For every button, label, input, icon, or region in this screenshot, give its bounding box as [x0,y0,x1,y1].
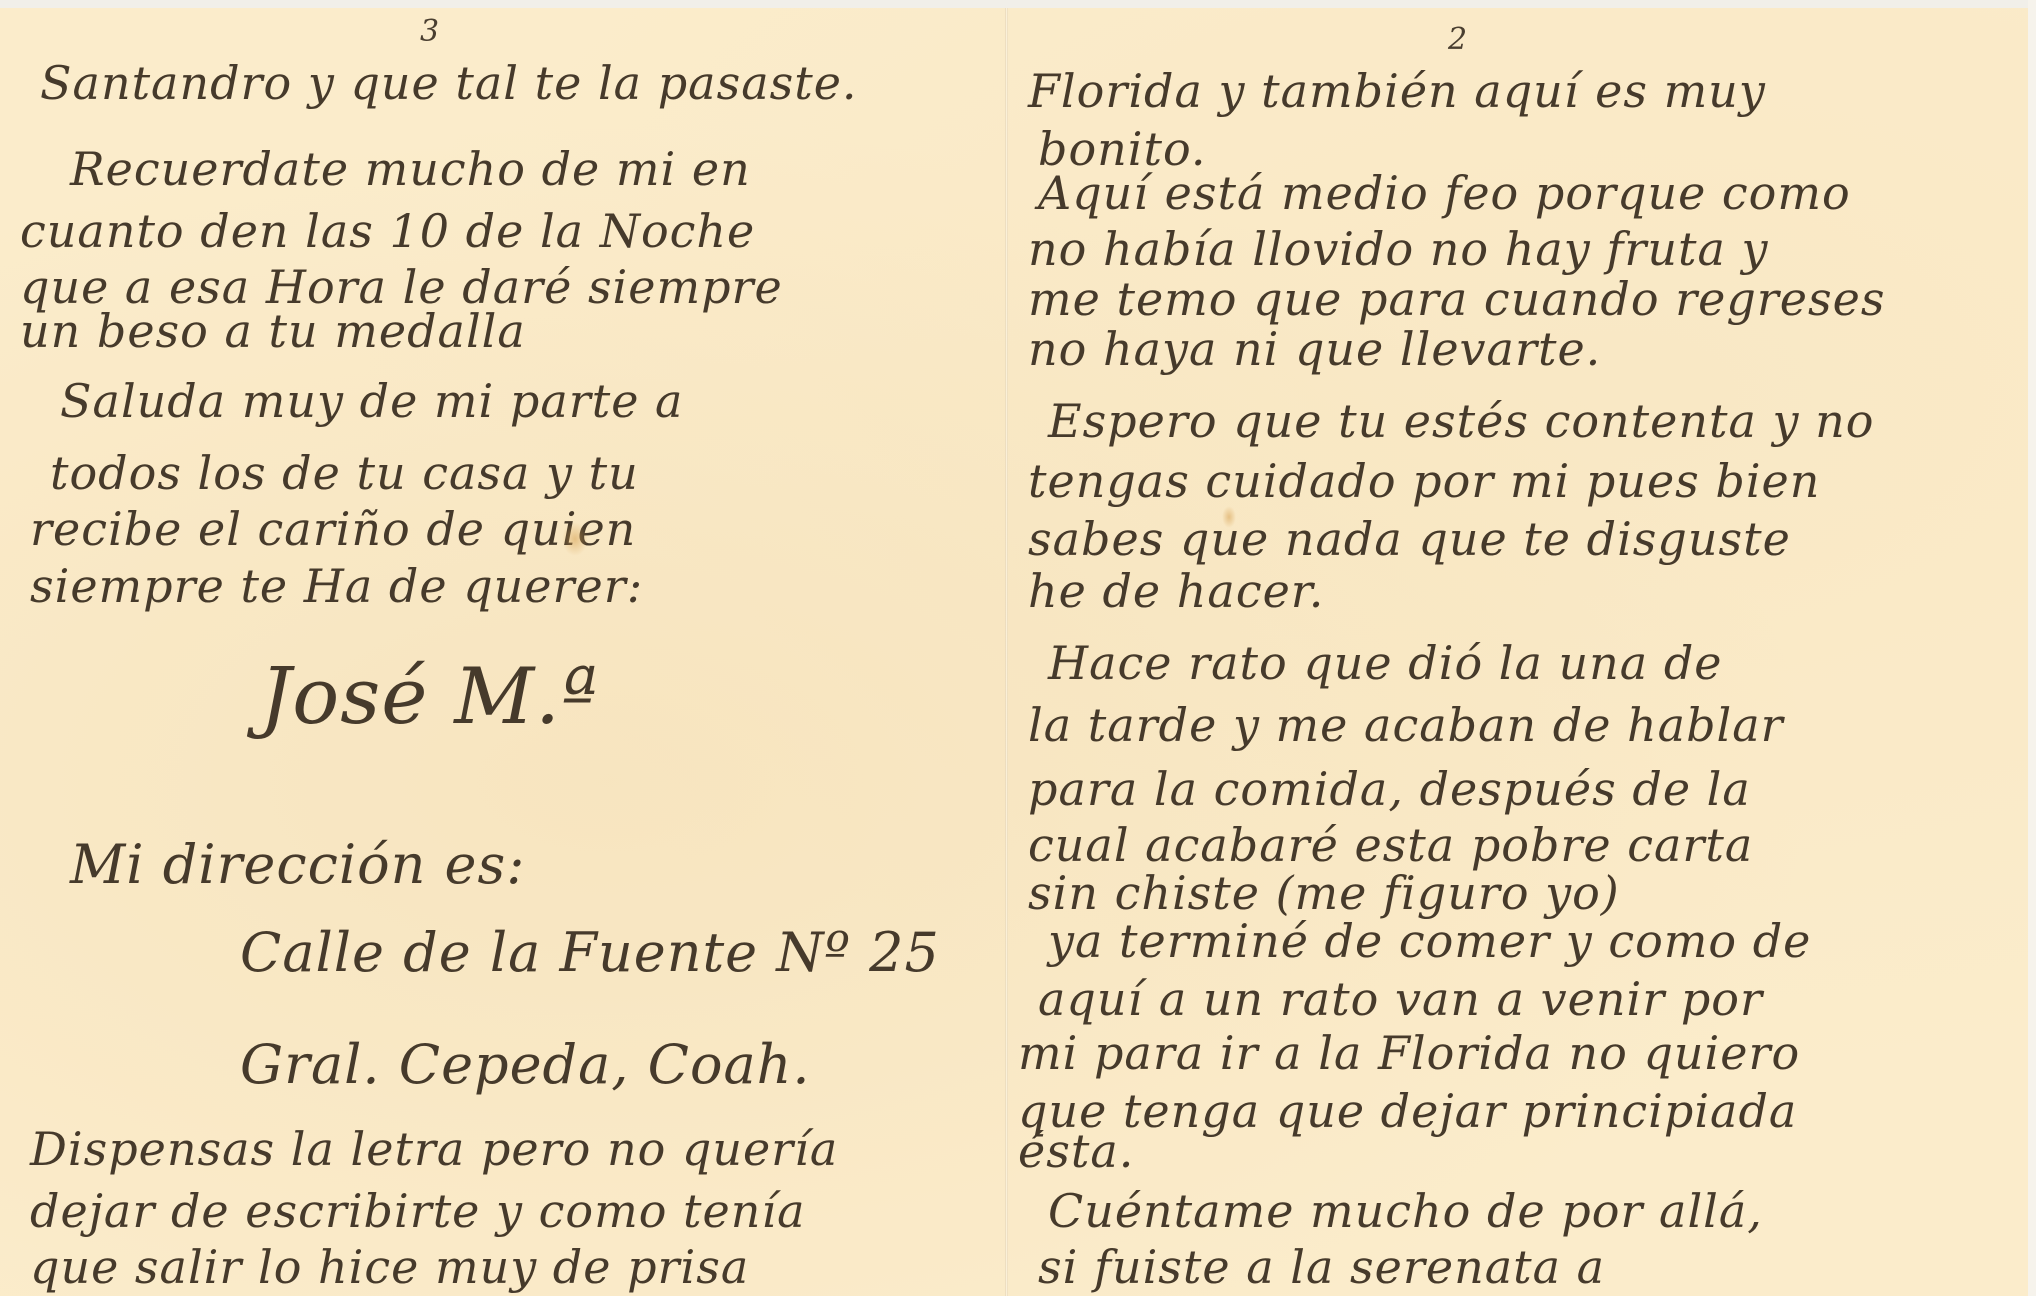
address-intro: Mi dirección es: [70,838,525,892]
text-line: dejar de escribirte y como tenía [30,1188,806,1234]
ink-stain [562,522,588,556]
text-line: sabes que nada que te disguste [1028,516,1791,562]
text-line: mi para ir a la Florida no quiero [1018,1030,1800,1076]
text-line: ya terminé de comer y como de [1048,918,1811,964]
text-line: sin chiste (me figuro yo) [1028,870,1620,916]
text-line: un beso a tu medalla [20,308,526,354]
text-line: Espero que tu estés contenta y no [1048,398,1874,444]
text-line: siempre te Ha de querer: [30,563,643,609]
page-number: 3 [420,14,439,49]
text-line: Florida y también aquí es muy [1028,68,1766,114]
text-line: no haya ni que llevarte. [1028,326,1601,372]
text-line: Cuéntame mucho de por allá, [1048,1188,1763,1234]
text-line: me temo que para cuando regreses [1028,276,1885,322]
scan-top-border [0,0,2036,8]
address-line: Calle de la Fuente Nº 25 [240,926,940,980]
text-line: Saluda muy de mi parte a [60,378,683,424]
scan-right-border [2028,0,2036,1296]
left-page: 3 Santandro y que tal te la pasaste. Rec… [0,8,1005,1296]
text-line: Dispensas la letra pero no quería [30,1126,838,1172]
text-line: Aquí está medio feo porque como [1038,170,1851,216]
text-line: ésta. [1018,1128,1134,1174]
text-line: todos los de tu casa y tu [50,450,639,496]
text-line: recibe el cariño de quien [30,506,636,552]
text-line: cual acabaré esta pobre carta [1028,822,1753,868]
text-line: cuanto den las 10 de la Noche [20,208,755,254]
text-line: si fuiste a la serenata a [1038,1244,1605,1290]
right-page: 2 Florida y también aquí es muy bonito. … [1008,8,2028,1296]
address-line: Gral. Cepeda, Coah. [240,1038,811,1092]
signature: José M.ª [260,658,599,736]
text-line: para la comida, después de la [1028,766,1751,812]
ink-stain [1222,506,1236,528]
text-line: no había llovido no hay fruta y [1028,226,1769,272]
text-line: tengas cuidado por mi pues bien [1028,458,1820,504]
text-line: Recuerdate mucho de mi en [70,146,751,192]
text-line: Santandro y que tal te la pasaste. [40,60,858,106]
text-line: he de hacer. [1028,568,1324,614]
text-line: Hace rato que dió la una de [1048,640,1722,686]
text-line: la tarde y me acaban de hablar [1028,702,1784,748]
text-line: que salir lo hice muy de prisa [30,1244,749,1290]
text-line: aquí a un rato van a venir por [1038,976,1763,1022]
page-number: 2 [1448,22,1467,57]
text-line: que tenga que dejar principiada [1018,1088,1797,1134]
